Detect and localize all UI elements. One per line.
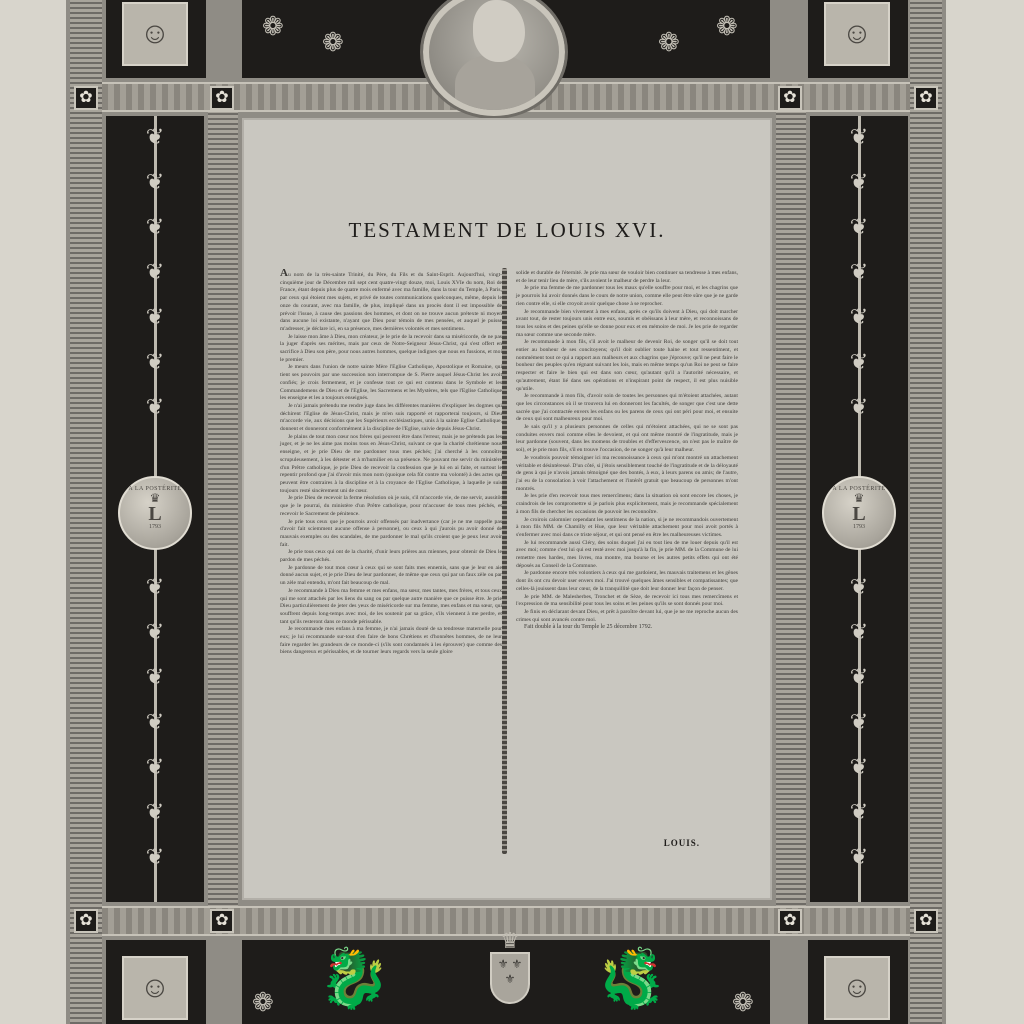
paragraph: Je laisse mon âme à Dieu, mon créateur, … — [280, 334, 502, 365]
text-column-left: Au nom de la très-sainte Trinité, du Pèr… — [280, 270, 502, 657]
medallion-monogram: L — [824, 504, 894, 524]
leaf-icon: ❦ — [850, 216, 868, 238]
lion-mask-icon: ☺ — [140, 17, 171, 51]
paragraph: Je sais qu'il y a plusieurs personnes de… — [516, 424, 738, 455]
paragraph: Je prie MM. de Malesherbes, Tronchet et … — [516, 594, 738, 609]
fleur-de-lis-icon: ⚜ — [505, 972, 516, 986]
paragraph: Je recommande mes enfans à ma femme, je … — [280, 626, 502, 657]
leaf-icon: ❦ — [850, 711, 868, 733]
leaf-icon: ❦ — [146, 576, 164, 598]
rosette-bottom-3: ✿ — [778, 909, 802, 933]
date-line: Fait double à la tour du Temple le 25 dé… — [516, 624, 738, 632]
scroll-icon: ❁ — [658, 28, 680, 57]
rosette-icon: ✿ — [215, 913, 228, 929]
paragraph: Je pardonne de tout mon cœur à ceux qui … — [280, 565, 502, 588]
leaf-icon: ❦ — [850, 396, 868, 418]
fleur-de-lis-icon: ⚜ — [512, 957, 523, 971]
leaf-icon: ❦ — [850, 351, 868, 373]
paragraph: Je n'ai jamais prétendu me rendre juge d… — [280, 403, 502, 434]
rosette-top-2: ✿ — [210, 86, 234, 110]
rosette-icon: ✿ — [79, 90, 92, 106]
rosette-icon: ✿ — [919, 90, 932, 106]
medallion-year: 1793 — [120, 524, 190, 530]
paragraph: Je les prie d'en recevoir tous mes remer… — [516, 493, 738, 516]
leaf-icon: ❦ — [850, 126, 868, 148]
inner-left-meander — [208, 110, 238, 910]
leaf-icon: ❦ — [146, 171, 164, 193]
rosette-top-4: ✿ — [914, 86, 938, 110]
scroll-icon: ❁ — [322, 28, 344, 57]
paragraph: Je prie tous ceux qui ont de la charité,… — [280, 549, 502, 564]
leaf-icon: ❦ — [850, 171, 868, 193]
royal-crest: ♛ ⚜ ⚜ ⚜ — [480, 930, 540, 1024]
leaf-icon: ❦ — [146, 846, 164, 868]
bottom-scroll-right: ❁ — [732, 990, 754, 1016]
paragraph: Je recommande à Dieu ma femme et mes enf… — [280, 588, 502, 627]
leaf-icon: ❦ — [850, 576, 868, 598]
paragraph: Je recommande bien vivement à mes enfans… — [516, 309, 738, 340]
rosette-icon: ✿ — [215, 90, 228, 106]
scroll-icon: ❁ — [252, 988, 274, 1017]
crown-icon: ♛ — [480, 930, 540, 952]
inner-right-meander — [776, 110, 806, 910]
leaf-icon: ❦ — [850, 756, 868, 778]
portrait-bust — [455, 54, 535, 114]
testament-text-panel: TESTAMENT DE LOUIS XVI. Au nom de la trè… — [242, 118, 772, 900]
right-medallion: A LA POSTÉRITÉ ♛ L 1793 — [822, 476, 896, 550]
paragraph: Je pardonne encore très volontiers à ceu… — [516, 570, 738, 593]
rosette-top-1: ✿ — [74, 86, 98, 110]
scroll-icon: ❁ — [716, 12, 738, 41]
portrait-head — [473, 0, 525, 62]
griffin-left: 🐉 — [318, 950, 390, 1008]
leaf-icon: ❦ — [850, 666, 868, 688]
top-scroll-right-2: ❁ — [658, 30, 680, 56]
rosette-icon: ✿ — [783, 90, 796, 106]
scroll-icon: ❁ — [732, 988, 754, 1017]
rosette-bottom-4: ✿ — [914, 909, 938, 933]
rosette-icon: ✿ — [783, 913, 796, 929]
lion-mask-icon: ☺ — [842, 17, 873, 51]
leaf-icon: ❦ — [146, 126, 164, 148]
lion-mask-icon: ☺ — [140, 971, 171, 1005]
griffin-right: 🐉 — [596, 950, 668, 1008]
paragraph: Je prie ma femme de me pardonner tous le… — [516, 285, 738, 308]
left-meander-border — [70, 0, 102, 1024]
top-scroll-left-2: ❁ — [322, 30, 344, 56]
lion-mask-bottom-left: ☺ — [122, 956, 188, 1020]
leaf-icon: ❦ — [146, 306, 164, 328]
leaf-icon: ❦ — [146, 216, 164, 238]
scroll-icon: ❁ — [262, 12, 284, 41]
drop-cap: A — [280, 267, 288, 279]
leaf-icon: ❦ — [146, 801, 164, 823]
document-title: TESTAMENT DE LOUIS XVI. — [242, 218, 772, 243]
fleur-de-lis-shield: ⚜ ⚜ ⚜ — [490, 952, 530, 1004]
rosette-icon: ✿ — [919, 913, 932, 929]
left-medallion: A LA POSTÉRITÉ ♛ L 1793 — [118, 476, 192, 550]
paragraph: Je voudrois pouvoir témoigner ici ma rec… — [516, 455, 738, 494]
medallion-monogram: L — [120, 504, 190, 524]
lion-mask-top-left: ☺ — [122, 2, 188, 66]
leaf-icon: ❦ — [850, 801, 868, 823]
rosette-bottom-2: ✿ — [210, 909, 234, 933]
rosette-icon: ✿ — [79, 913, 92, 929]
griffin-icon: 🐉 — [596, 946, 668, 1011]
medallion-year: 1793 — [824, 524, 894, 530]
signature: LOUIS. — [664, 838, 700, 848]
paragraph: Je croirois calomnier cependant les sent… — [516, 517, 738, 540]
rosette-top-3: ✿ — [778, 86, 802, 110]
leaf-icon: ❦ — [850, 306, 868, 328]
leaf-icon: ❦ — [850, 621, 868, 643]
lion-mask-icon: ☺ — [842, 971, 873, 1005]
fleur-de-lis-icon: ⚜ — [498, 957, 509, 971]
leaf-icon: ❦ — [850, 846, 868, 868]
leaf-icon: ❦ — [146, 711, 164, 733]
lion-mask-bottom-right: ☺ — [824, 956, 890, 1020]
top-scroll-left: ❁ — [262, 14, 284, 40]
paragraph: solide et durable de l'éternité. Je prie… — [516, 270, 738, 285]
paragraph: Je lui recommande aussi Cléry, des soins… — [516, 540, 738, 571]
paragraph: Je plains de tout mon cœur nos frères qu… — [280, 434, 502, 496]
paragraph: Je recommande à mon fils, s'il avoit le … — [516, 339, 738, 393]
leaf-icon: ❦ — [850, 261, 868, 283]
griffin-icon: 🐉 — [318, 946, 390, 1011]
rosette-bottom-1: ✿ — [74, 909, 98, 933]
leaf-icon: ❦ — [146, 621, 164, 643]
paragraph: Je finis en déclarant devant Dieu, et pr… — [516, 609, 738, 624]
column-divider — [502, 268, 507, 854]
paragraph: Je prie Dieu de recevoir la ferme résolu… — [280, 495, 502, 518]
leaf-icon: ❦ — [146, 756, 164, 778]
paragraph: Au nom de la très-sainte Trinité, du Pèr… — [280, 270, 502, 334]
leaf-icon: ❦ — [146, 351, 164, 373]
bottom-scroll-left: ❁ — [252, 990, 274, 1016]
leaf-icon: ❦ — [146, 396, 164, 418]
top-scroll-right: ❁ — [716, 14, 738, 40]
text-column-right: solide et durable de l'éternité. Je prie… — [516, 270, 738, 632]
paragraph: Je meurs dans l'union de notre sainte Mè… — [280, 364, 502, 403]
leaf-icon: ❦ — [146, 666, 164, 688]
paragraph: Je recommande à mon fils, d'avoir soin d… — [516, 393, 738, 424]
lion-mask-top-right: ☺ — [824, 2, 890, 66]
leaf-icon: ❦ — [146, 261, 164, 283]
paragraph: Je prie tous ceux que je pourrois avoir … — [280, 519, 502, 550]
right-meander-border — [910, 0, 942, 1024]
